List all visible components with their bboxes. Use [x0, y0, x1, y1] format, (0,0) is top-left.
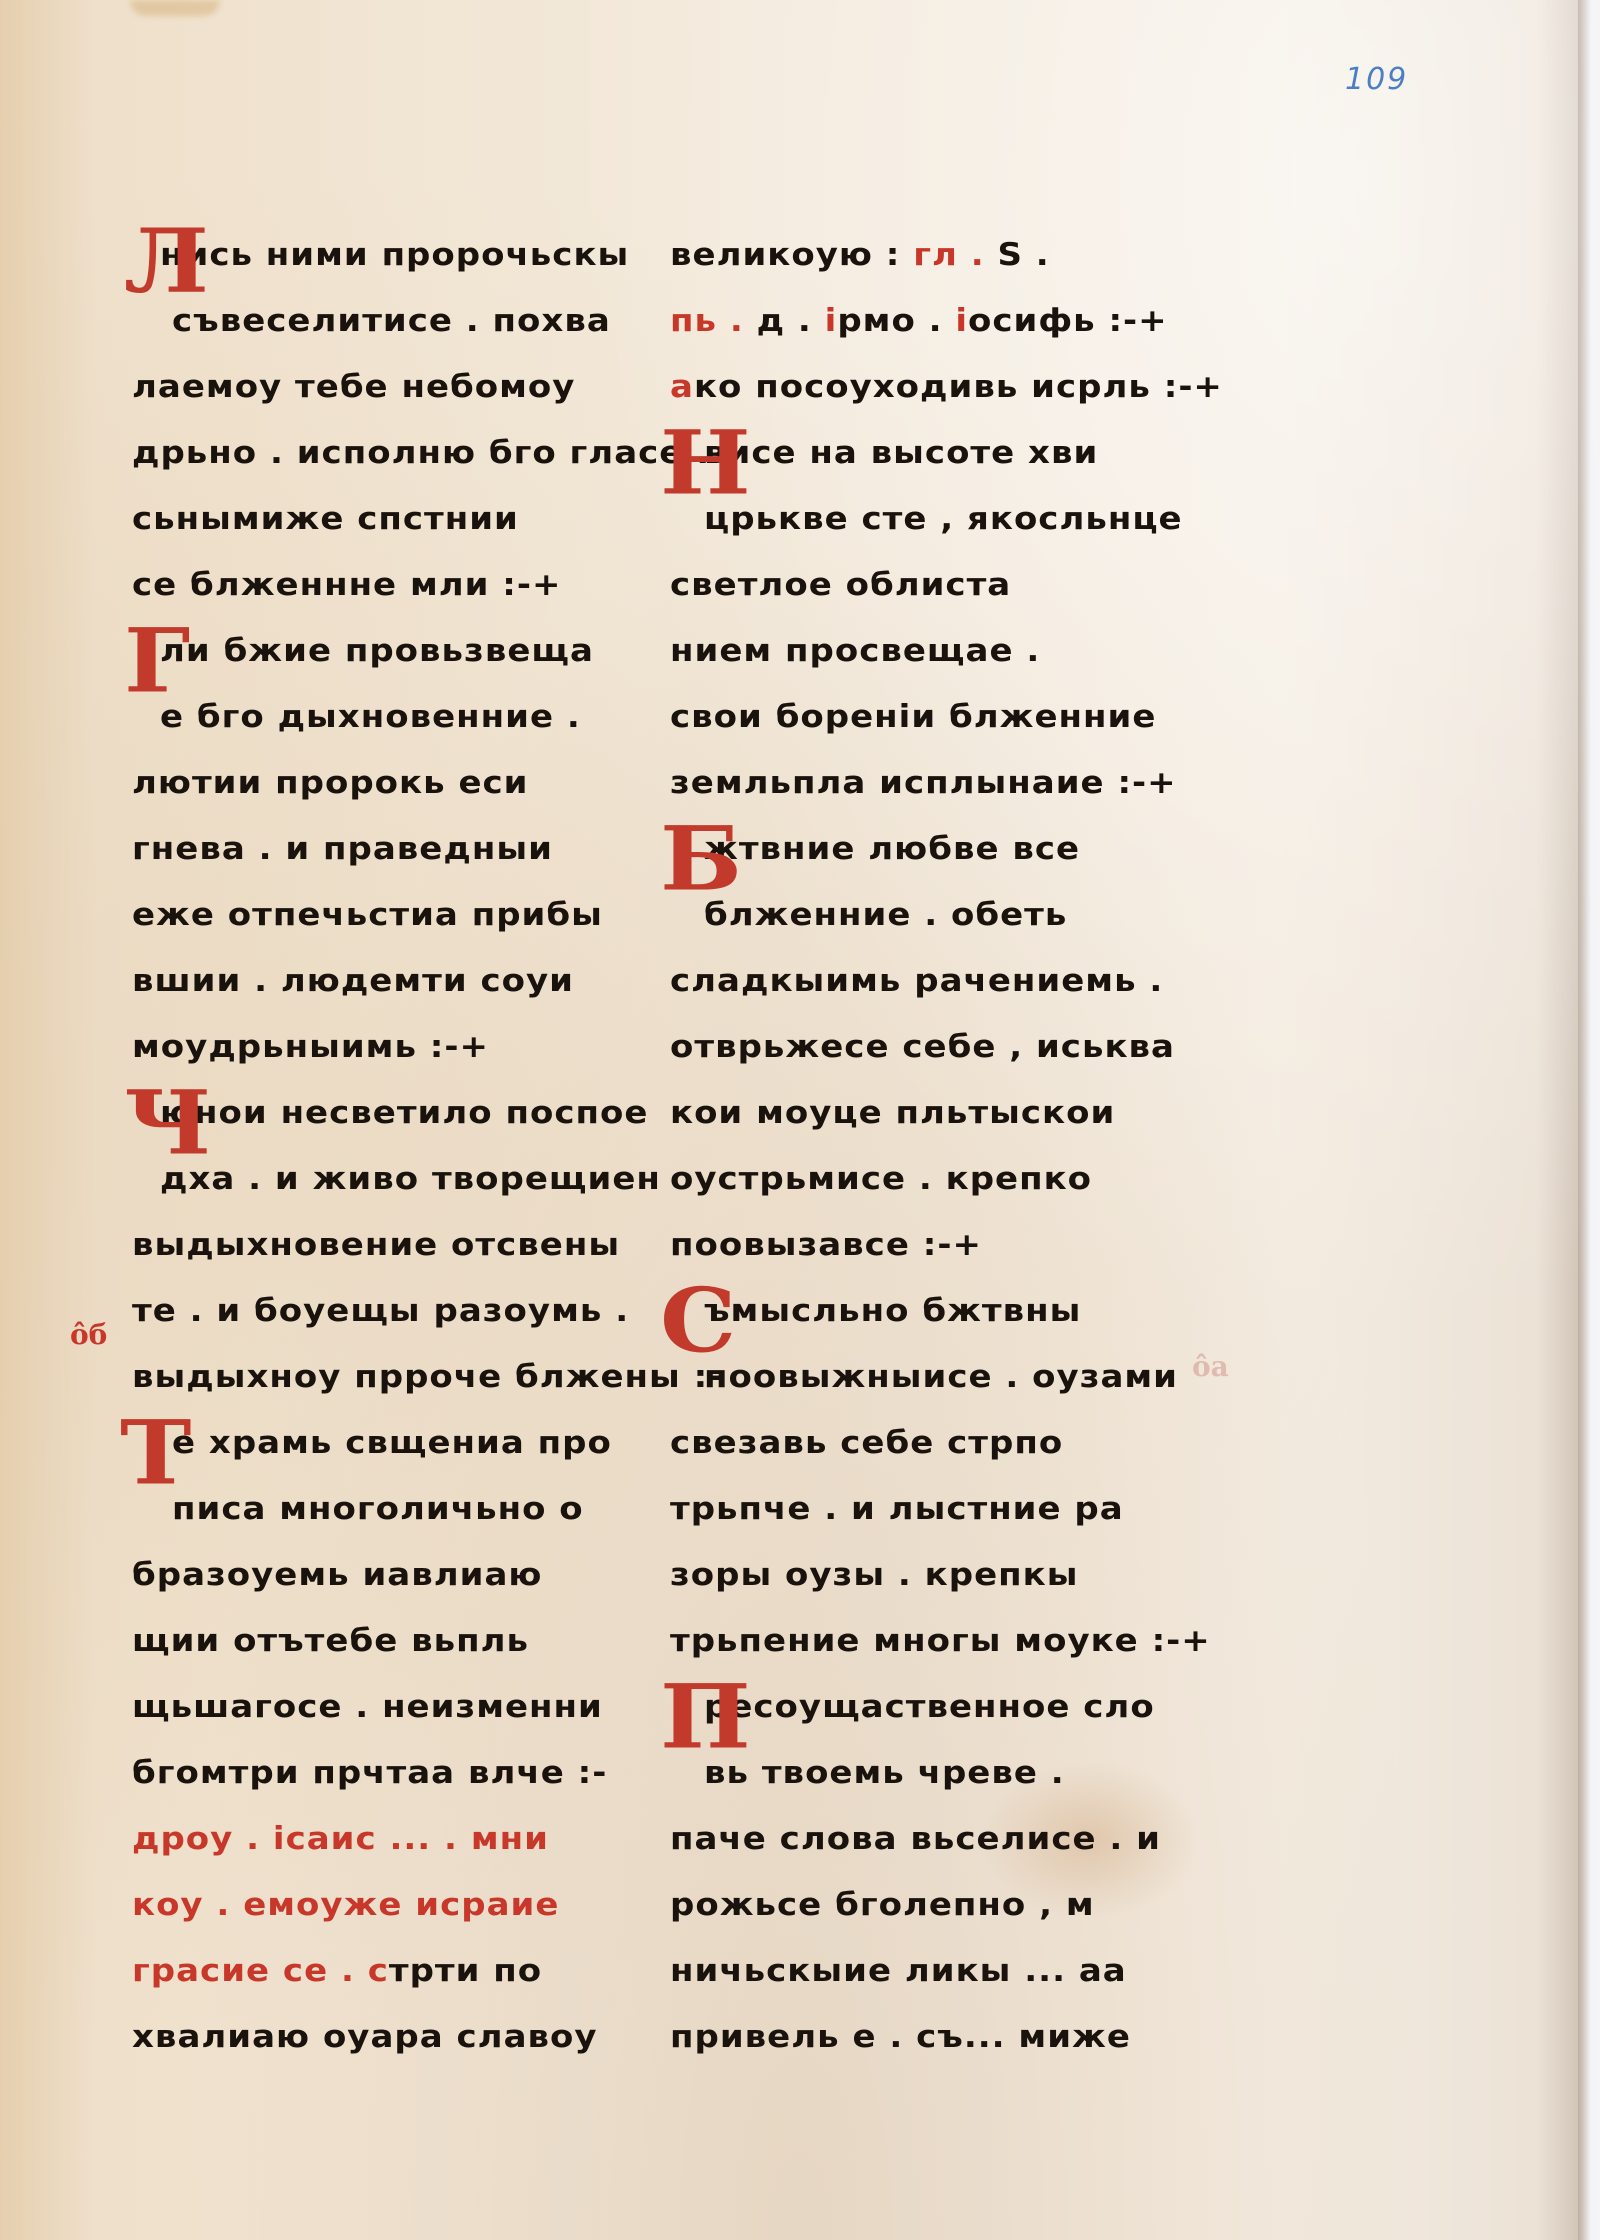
text-line: Г ли бжие провьзвеща: [132, 621, 652, 682]
text-line: щии отътебе вьпль: [132, 1611, 652, 1672]
line-text: висе на высоте хви: [704, 435, 1098, 472]
line-text: моудрьныимь :-+: [132, 1029, 489, 1066]
line-text: се блженнне мли :-+: [132, 567, 562, 604]
text-line: съвеселитисе . похва: [132, 291, 652, 352]
line-text: ъмысльно бжтвны: [704, 1293, 1081, 1330]
line-text: ресоущаственное сло: [704, 1689, 1155, 1726]
line-text: привель е . съ... миже: [670, 2019, 1131, 2056]
line-text: црькве сте , якосльнце: [704, 501, 1183, 538]
text-line: е бго дыхновенние .: [132, 687, 652, 748]
line-text: свезавь себе стрпо: [670, 1425, 1063, 1462]
folio-number: 109: [1345, 62, 1408, 97]
margin-note-left: ôб: [70, 1318, 107, 1351]
text-line: Ч юнои несветило поспое: [132, 1083, 652, 1144]
line-text: рожьсе бголепно , м: [670, 1887, 1095, 1924]
line-text: зоры оузы . крепкы: [670, 1557, 1078, 1594]
text-line: блженние . обеть: [670, 885, 1230, 946]
text-line: выдыхноу прроче блжены :-: [132, 1347, 652, 1408]
line-text: лютии пророкь еси: [132, 765, 528, 802]
line-text: ко посоуходивь исрль :-+: [694, 369, 1223, 406]
manuscript-page: 109 ôб ôа Л нись ними пророчьскы съвесел…: [0, 0, 1600, 2240]
line-text: ничьскыие ликы ... аа: [670, 1953, 1127, 1990]
text-line: црькве сте , якосльнце: [670, 489, 1230, 550]
text-line: великоую : гл . S .: [670, 225, 1230, 286]
text-line: паче слова вьселисе . и: [670, 1809, 1230, 1870]
text-line: рожьсе бголепно , м: [670, 1875, 1230, 1936]
line-text: трти по: [389, 1953, 542, 1990]
line-text: жтвние любве все: [704, 831, 1080, 868]
text-line: лютии пророкь еси: [132, 753, 652, 814]
text-line: вшии . людемти соуи: [132, 951, 652, 1012]
text-line: еже отпечьстиа прибы: [132, 885, 652, 946]
text-line: Б жтвние любве все: [670, 819, 1230, 880]
text-line: кои моуце пльтыскои: [670, 1083, 1230, 1144]
text-line: хвалиаю оуара славоу: [132, 2007, 652, 2068]
line-text: еже отпечьстиа прибы: [132, 897, 603, 934]
text-line: моудрьныимь :-+: [132, 1017, 652, 1078]
text-line: щьшагосе . неизменни: [132, 1677, 652, 1738]
rubric-text: і: [825, 303, 838, 340]
rubric-line: дроу . ісаис ... . мни: [132, 1809, 652, 1870]
line-text: щии отътебе вьпль: [132, 1623, 529, 1660]
text-line: ако посоуходивь исрль :-+: [670, 357, 1230, 418]
text-line: П ресоущаственное сло: [670, 1677, 1230, 1738]
line-text: вь твоемь чреве .: [704, 1755, 1065, 1792]
text-line: свезавь себе стрпо: [670, 1413, 1230, 1474]
line-text: блженние . обеть: [704, 897, 1067, 934]
text-line: зоры оузы . крепкы: [670, 1545, 1230, 1606]
text-line: выдыхновение отсвены: [132, 1215, 652, 1276]
line-text: дха . и живо творещиен: [160, 1161, 661, 1198]
text-line: Л нись ними пророчьскы: [132, 225, 652, 286]
rubric-text: пь .: [670, 303, 757, 340]
text-line: сьнымиже спстнии: [132, 489, 652, 550]
line-text: поовыжныисе . оузами: [704, 1359, 1178, 1396]
line-text: рмо .: [837, 303, 955, 340]
text-line: поовыжныисе . оузами: [670, 1347, 1230, 1408]
line-text: лаемоу тебе небомоу: [132, 369, 575, 406]
rubric-text: дроу . ісаис ... . мни: [132, 1821, 549, 1858]
right-column: великоую : гл . S . пь . д . ірмо . іоси…: [670, 222, 1230, 2070]
line-text: земльпла исплынаие :-+: [670, 765, 1177, 802]
text-line: се блженнне мли :-+: [132, 555, 652, 616]
line-text: нись ними пророчьскы: [160, 237, 629, 274]
line-text: е храмь свщениа про: [172, 1425, 612, 1462]
line-text: щьшагосе . неизменни: [132, 1689, 603, 1726]
line-text: осифь :-+: [968, 303, 1168, 340]
page-edge: [1578, 0, 1600, 2240]
line-text: выдыхноу прроче блжены :-: [132, 1359, 723, 1396]
line-text: трьпче . и лыстние ра: [670, 1491, 1124, 1528]
line-text: бразоуемь иавлиаю: [132, 1557, 543, 1594]
text-line: бгомтри прчтаа влче :-: [132, 1743, 652, 1804]
rubric-text: коу . емоуже исраие: [132, 1887, 559, 1924]
line-text: свои бореніи блженние: [670, 699, 1156, 736]
text-line: дха . и живо творещиен: [132, 1149, 652, 1210]
line-text: те . и боуещы разоумь .: [132, 1293, 629, 1330]
text-line: трьпче . и лыстние ра: [670, 1479, 1230, 1540]
text-line: С ъмысльно бжтвны: [670, 1281, 1230, 1342]
text-line: лаемоу тебе небомоу: [132, 357, 652, 418]
line-text: дрьно . исполню бго гласе .: [132, 435, 710, 472]
line-text: великоую :: [670, 237, 900, 274]
text-line: гнева . и праведныи: [132, 819, 652, 880]
line-text: отврьжесе себе , иськва: [670, 1029, 1175, 1066]
rubric-text: грасие се . с: [132, 1953, 389, 1990]
line-text: нием просвещае .: [670, 633, 1040, 670]
line-text: юнои несветило поспое: [160, 1095, 648, 1132]
line-text: гнева . и праведныи: [132, 831, 553, 868]
line-text: ли бжие провьзвеща: [160, 633, 594, 670]
text-line: бразоуемь иавлиаю: [132, 1545, 652, 1606]
rubric-line: коу . емоуже исраие: [132, 1875, 652, 1936]
text-line: трьпение многы моуке :-+: [670, 1611, 1230, 1672]
line-text: трьпение многы моуке :-+: [670, 1623, 1211, 1660]
text-line: вь твоемь чреве .: [670, 1743, 1230, 1804]
text-line: Н висе на высоте хви: [670, 423, 1230, 484]
text-line: пь . д . ірмо . іосифь :-+: [670, 291, 1230, 352]
text-line: земльпла исплынаие :-+: [670, 753, 1230, 814]
text-line: поовызавсе :-+: [670, 1215, 1230, 1276]
line-text: выдыхновение отсвены: [132, 1227, 620, 1264]
text-line: сладкыимь рачениемь .: [670, 951, 1230, 1012]
line-text: хвалиаю оуара славоу: [132, 2019, 598, 2056]
text-line: Т е храмь свщениа про: [132, 1413, 652, 1474]
text-line: те . и боуещы разоумь .: [132, 1281, 652, 1342]
text-line: светлое облиста: [670, 555, 1230, 616]
rubric-text: а: [670, 369, 694, 406]
line-text: съвеселитисе . похва: [172, 303, 611, 340]
line-text: поовызавсе :-+: [670, 1227, 982, 1264]
line-text: сьнымиже спстнии: [132, 501, 519, 538]
line-text: сладкыимь рачениемь .: [670, 963, 1163, 1000]
line-text: S .: [997, 237, 1049, 274]
rubric-text: і: [955, 303, 968, 340]
text-line: ничьскыие ликы ... аа: [670, 1941, 1230, 2002]
text-line: писа многоличьно о: [132, 1479, 652, 1540]
text-line: нием просвещае .: [670, 621, 1230, 682]
rubric-text: гл .: [900, 237, 997, 274]
text-line: свои бореніи блженние: [670, 687, 1230, 748]
line-text: оустрьмисе . крепко: [670, 1161, 1092, 1198]
text-line: грасие се . стрти по: [132, 1941, 652, 2002]
line-text: вшии . людемти соуи: [132, 963, 574, 1000]
line-text: бгомтри прчтаа влче :-: [132, 1755, 607, 1792]
text-line: привель е . съ... миже: [670, 2007, 1230, 2068]
line-text: кои моуце пльтыскои: [670, 1095, 1115, 1132]
line-text: писа многоличьно о: [172, 1491, 584, 1528]
line-text: паче слова вьселисе . и: [670, 1821, 1161, 1858]
text-line: дрьно . исполню бго гласе .: [132, 423, 652, 484]
line-text: д .: [757, 303, 825, 340]
text-line: отврьжесе себе , иськва: [670, 1017, 1230, 1078]
paper-stain: [130, 0, 220, 16]
line-text: е бго дыхновенние .: [160, 699, 581, 736]
line-text: светлое облиста: [670, 567, 1011, 604]
text-line: оустрьмисе . крепко: [670, 1149, 1230, 1210]
left-column: Л нись ними пророчьскы съвеселитисе . по…: [132, 222, 652, 2070]
